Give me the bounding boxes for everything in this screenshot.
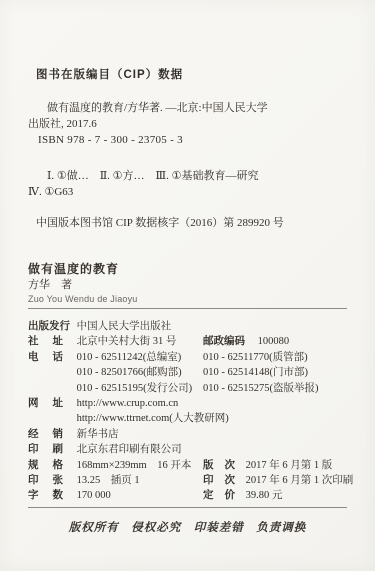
cip-entry-line2: 出版社, 2017.6: [28, 116, 347, 132]
row-label: 社址: [28, 334, 72, 349]
row-label: 字数: [28, 488, 72, 503]
row-phone-2: 010 - 82501766(邮购部) 010 - 62514148(门市部): [28, 365, 347, 380]
cip-entry-line1: 做有温度的教育/方华著. —北京:中国人民大学: [28, 100, 347, 116]
cip-block: 图书在版编目（CIP）数据 做有温度的教育/方华著. —北京:中国人民大学 出版…: [28, 67, 347, 231]
row-label: 经销: [28, 427, 72, 442]
page-content: 图书在版编目（CIP）数据 做有温度的教育/方华著. —北京:中国人民大学 出版…: [0, 0, 375, 535]
phone-right-value: 010 - 62515275(盗版举报): [203, 383, 319, 394]
phone-right-value: 010 - 62514148(门市部): [203, 367, 308, 378]
row-phone-3: 010 - 62515195(发行公司) 010 - 62515275(盗版举报…: [28, 381, 347, 396]
edition-value: 2017 年 6 月第 1 版: [246, 460, 333, 471]
row-right: 010 - 62514148(门市部): [203, 365, 308, 380]
website-url: http://www.ttrnet.com(人大教研网): [77, 411, 229, 426]
cip-heading: 图书在版编目（CIP）数据: [28, 67, 347, 83]
edition-label: 版次: [203, 458, 236, 473]
row-distributor: 经销 新华书店: [28, 427, 347, 442]
postcode-label: 邮政编码: [203, 335, 245, 347]
row-value: 170 000: [77, 488, 111, 503]
phone-right-value: 010 - 62511770(质管部): [203, 352, 308, 363]
cip-classification-line2: Ⅳ. ①G63: [28, 184, 347, 200]
row-value: 北京东君印刷有限公司: [77, 442, 182, 457]
book-author: 方华 著: [28, 278, 347, 292]
printing-value: 2017 年 6 月第 1 次印刷: [246, 475, 354, 486]
row-label: 印张: [28, 473, 72, 488]
row-label: 印刷: [28, 442, 72, 457]
row-label: 电话: [28, 350, 72, 365]
title-block: 做有温度的教育 方华 著 Zuo You Wendu de Jiaoyu: [28, 262, 347, 309]
postcode-value: 100080: [258, 336, 290, 347]
cip-registry-number: 中国版本图书馆 CIP 数据核字（2016）第 289920 号: [28, 215, 347, 231]
row-sheets: 印张 13.25 插页 1 印次 2017 年 6 月第 1 次印刷: [28, 473, 347, 488]
row-phone-1: 电话 010 - 62511242(总编室) 010 - 62511770(质管…: [28, 350, 347, 365]
copyright-notice: 版权所有 侵权必究 印装差错 负责调换: [28, 519, 347, 535]
row-label: 网址: [28, 396, 72, 411]
row-value: 新华书店: [77, 427, 119, 442]
row-website-1: 网址 http://www.crup.com.cn: [28, 396, 347, 411]
book-title-pinyin: Zuo You Wendu de Jiaoyu: [28, 294, 347, 304]
row-address: 社址 北京中关村大街 31 号 邮政编码 100080: [28, 334, 347, 349]
publication-info: 出版发行 中国人民大学出版社 社址 北京中关村大街 31 号 邮政编码 1000…: [28, 319, 347, 504]
row-label: 规格: [28, 458, 72, 473]
row-format: 规格 168mm×239mm 16 开本 版次 2017 年 6 月第 1 版: [28, 458, 347, 473]
row-value: 010 - 62515195(发行公司): [77, 381, 193, 396]
row-printer: 印刷 北京东君印刷有限公司: [28, 442, 347, 457]
price-label: 定价: [203, 488, 236, 503]
row-right: 010 - 62515275(盗版举报): [203, 381, 319, 396]
cip-isbn: ISBN 978 - 7 - 300 - 23705 - 3: [28, 132, 347, 148]
row-wordcount: 字数 170 000 定价 39.80 元: [28, 488, 347, 503]
row-value: 北京中关村大街 31 号: [77, 334, 177, 349]
book-title: 做有温度的教育: [28, 262, 347, 276]
row-value: 010 - 62511242(总编室): [77, 350, 182, 365]
row-value: 13.25 插页 1: [77, 473, 140, 488]
website-url: http://www.crup.com.cn: [77, 396, 179, 411]
divider-bottom: [28, 507, 347, 508]
row-value: 010 - 82501766(邮购部): [77, 365, 182, 380]
copyright-page: 图书在版编目（CIP）数据 做有温度的教育/方华著. —北京:中国人民大学 出版…: [0, 0, 375, 571]
row-value: 168mm×239mm 16 开本: [77, 458, 192, 473]
cip-classification-line1: Ⅰ. ①做… Ⅱ. ①方… Ⅲ. ①基础教育—研究: [28, 168, 347, 184]
row-right: 定价 39.80 元: [203, 488, 282, 503]
row-label: 出版发行: [28, 319, 72, 334]
printing-label: 印次: [203, 473, 236, 488]
divider-top: [28, 308, 347, 309]
row-website-2: http://www.ttrnet.com(人大教研网): [28, 411, 347, 426]
row-right: 邮政编码 100080: [203, 334, 289, 349]
price-value: 39.80 元: [246, 490, 283, 501]
row-right: 版次 2017 年 6 月第 1 版: [203, 458, 332, 473]
row-right: 印次 2017 年 6 月第 1 次印刷: [203, 473, 353, 488]
row-publisher: 出版发行 中国人民大学出版社: [28, 319, 347, 334]
row-right: 010 - 62511770(质管部): [203, 350, 308, 365]
row-value: 中国人民大学出版社: [77, 319, 172, 334]
